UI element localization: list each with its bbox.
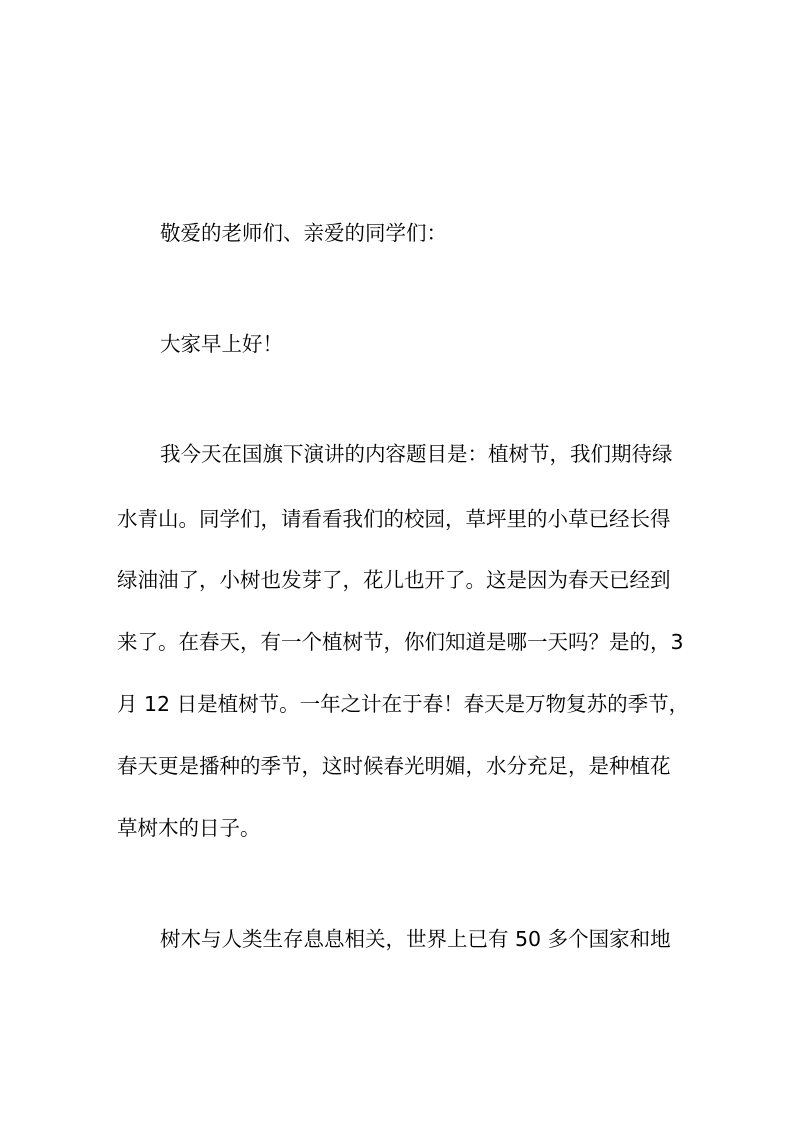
paragraph-line: 水青山。同学们，请看看我们的校园，草坪里的小草已经长得	[117, 506, 671, 532]
salutation-line: 大家早上好！	[117, 331, 283, 357]
paragraph-line: 绿油油了，小树也发芽了，花儿也开了。这是因为春天已经到	[117, 567, 671, 593]
greeting-line: 敬爱的老师们、亲爱的同学们：	[117, 220, 447, 246]
paragraph-line: 我今天在国旗下演讲的内容题目是：植树节，我们期待绿	[117, 441, 673, 467]
paragraph-line: 月 12 日是植树节。一年之计在于春！春天是万物复苏的季节，	[117, 691, 689, 717]
paragraph-line: 来了。在春天，有一个植树节，你们知道是哪一天吗？是的，3	[117, 629, 684, 655]
paragraph-line: 春天更是播种的季节，这时候春光明媚，水分充足，是种植花	[117, 753, 671, 779]
paragraph-line: 草树木的日子。	[117, 815, 261, 841]
paragraph-line: 树木与人类生存息息相关，世界上已有 50 多个国家和地	[117, 926, 671, 952]
